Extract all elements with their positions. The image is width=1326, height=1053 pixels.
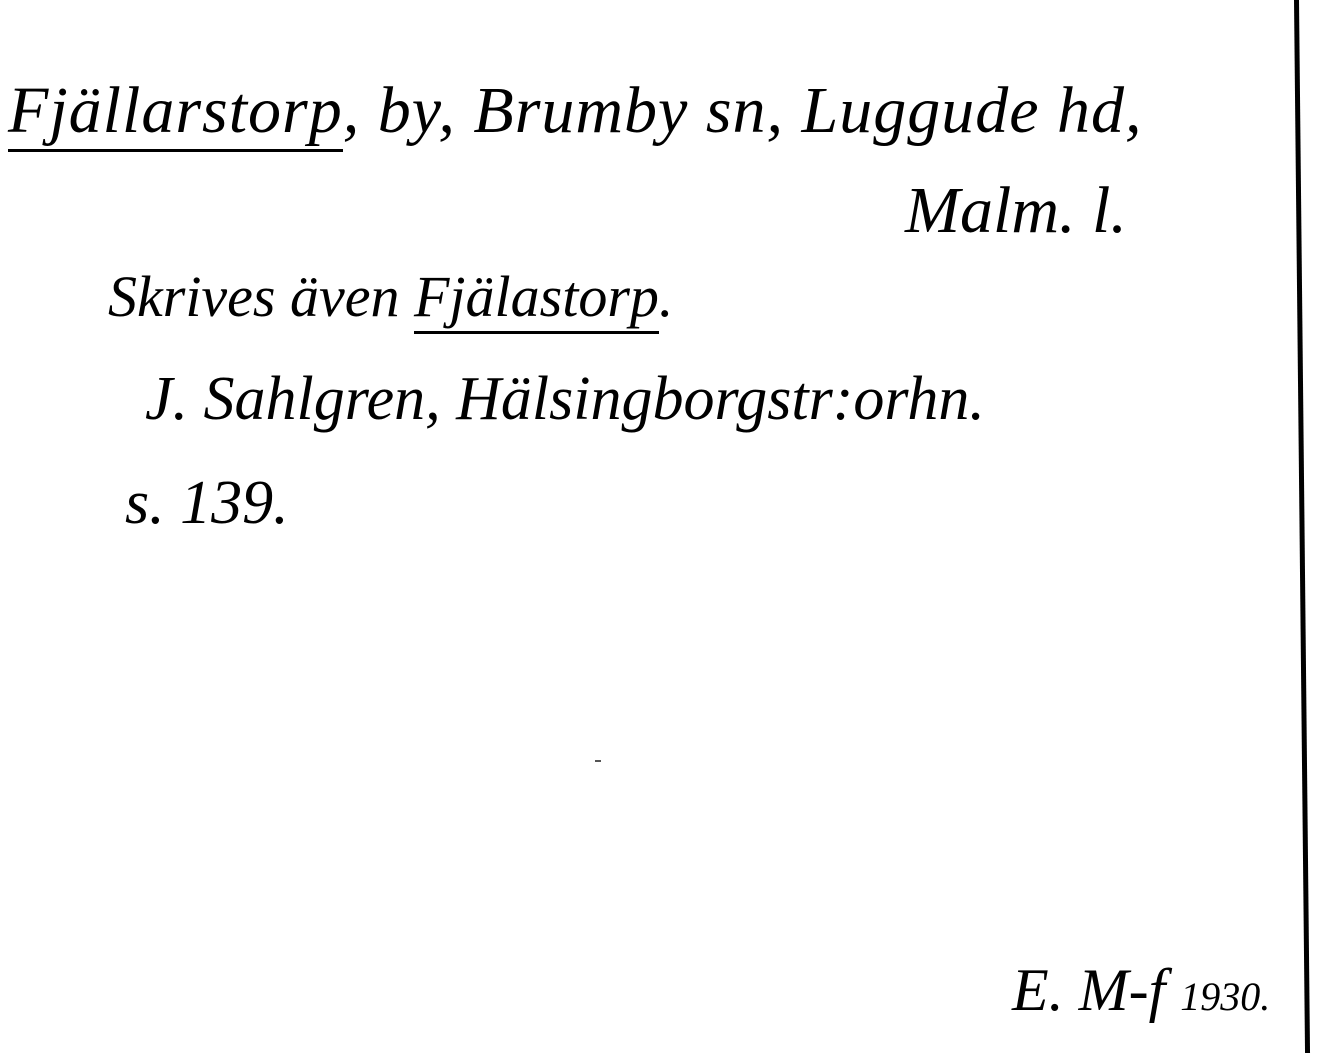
archive-card: Fjällarstorp, by, Brumby sn, Luggude hd,…	[0, 0, 1326, 1053]
card-edge-border	[1294, 0, 1310, 1053]
variant-spelling-line: Skrives även Fjälastorp.	[108, 268, 673, 326]
signature-initials: E. M-f	[1012, 957, 1165, 1023]
variant-suffix: .	[659, 264, 674, 329]
county: Malm. l.	[905, 178, 1127, 244]
page-reference: s. 139.	[125, 472, 289, 534]
signature: E. M-f 1930.	[1012, 960, 1270, 1020]
settlement-type: by	[378, 74, 439, 147]
signature-year: 1930.	[1180, 974, 1270, 1019]
separator: ,	[343, 74, 378, 147]
variant-name: Fjälastorp	[414, 264, 659, 334]
hundred: Luggude hd	[802, 74, 1126, 147]
separator: ,	[1125, 74, 1143, 147]
source-reference: J. Sahlgren, Hälsingborgstr:orhn.	[145, 368, 985, 430]
separator: ,	[767, 74, 802, 147]
variant-prefix: Skrives även	[108, 264, 414, 329]
card-header-line: Fjällarstorp, by, Brumby sn, Luggude hd,	[8, 78, 1143, 144]
scan-speck	[595, 760, 601, 762]
place-name: Fjällarstorp	[8, 74, 343, 152]
parish: Brumby sn	[473, 74, 766, 147]
separator: ,	[438, 74, 473, 147]
